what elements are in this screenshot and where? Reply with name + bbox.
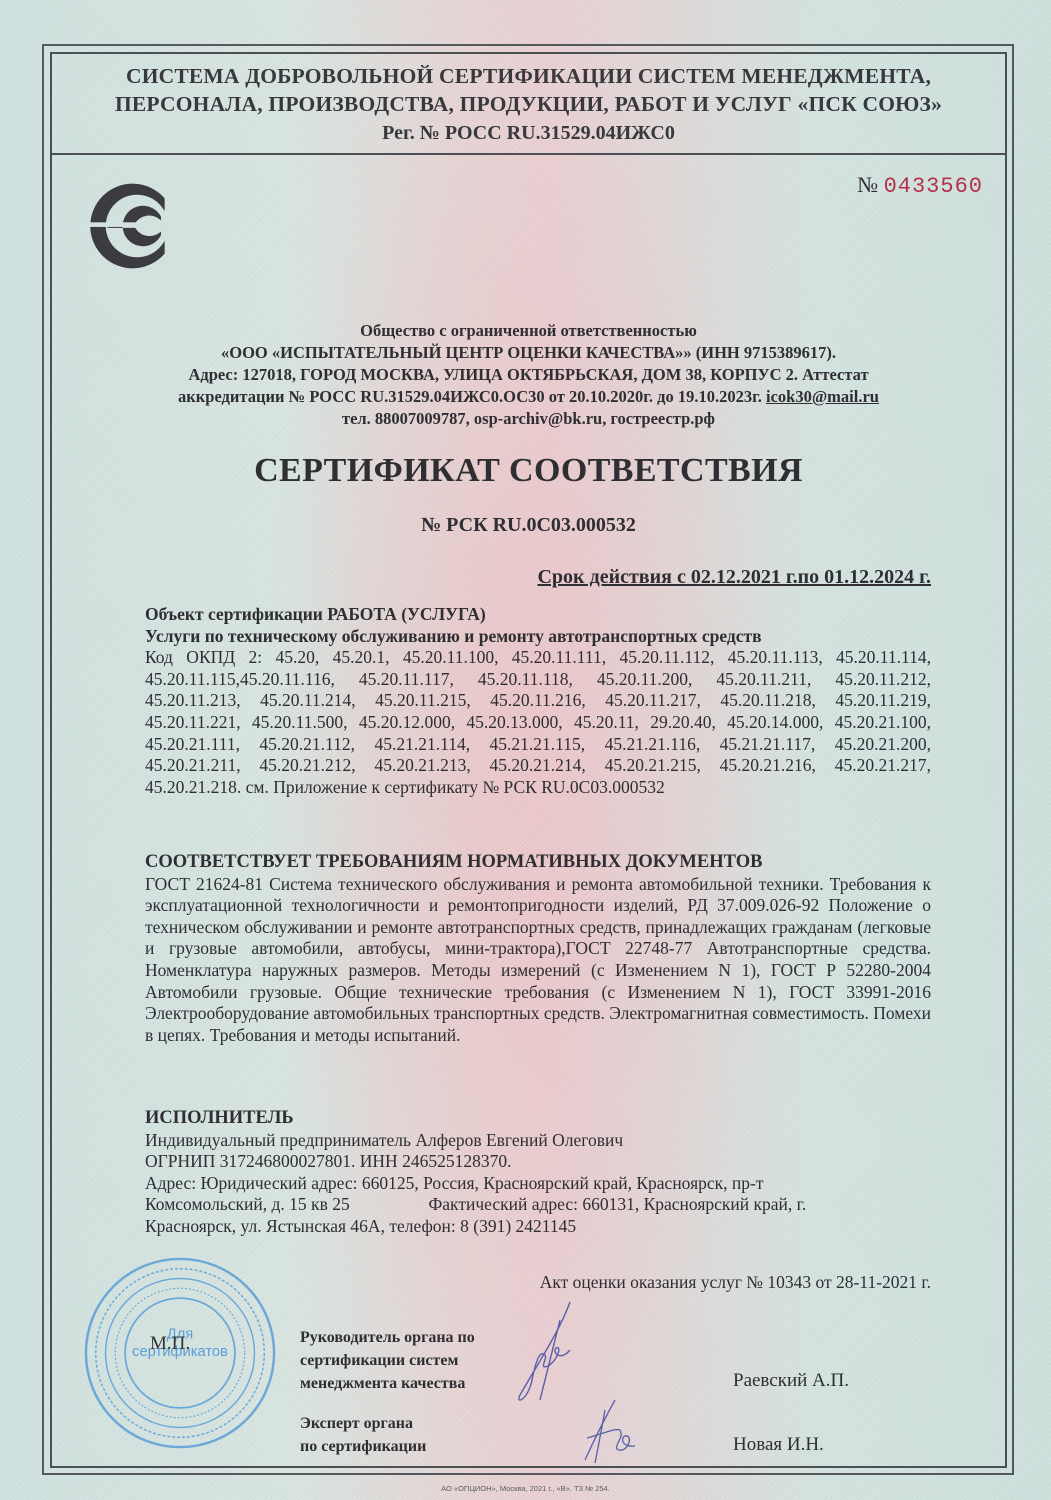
okpd-label: Код ОКПД 2: xyxy=(145,647,262,667)
executor-address-line-2: Комсомольский, д. 15 кв 25 Фактический а… xyxy=(145,1194,931,1216)
signatory-2-name: Новая И.Н. xyxy=(733,1434,824,1456)
accreditation-text: аккредитации № РОСС RU.31529.04ИЖС0.ОС30… xyxy=(178,387,762,406)
okpd-codes: Код ОКПД 2: 45.20, 45.20.1, 45.20.11.100… xyxy=(145,647,931,798)
org-contacts: тел. 88007009787, osp-archiv@bk.ru, гост… xyxy=(60,408,997,430)
object-heading: Объект сертификации РАБОТА (УСЛУГА) xyxy=(145,604,931,626)
signatory-1-role: Руководитель органа по сертификации сист… xyxy=(300,1326,475,1395)
system-title: СИСТЕМА ДОБРОВОЛЬНОЙ СЕРТИФИКАЦИИ СИСТЕМ… xyxy=(60,62,997,118)
executor-heading: ИСПОЛНИТЕЛЬ xyxy=(145,1108,931,1130)
validity-period: Срок действия с 02.12.2021 г.по 01.12.20… xyxy=(537,566,931,589)
header-divider xyxy=(50,153,1007,155)
executor-address-line-3: Красноярск, ул. Ястынская 46А, телефон: … xyxy=(145,1216,931,1238)
certificate-number: № РСК RU.0C03.000532 xyxy=(60,514,997,537)
role-line: Эксперт органа xyxy=(300,1412,426,1435)
stamp-place-label: М.П. xyxy=(150,1333,190,1355)
role-line: Руководитель органа по xyxy=(300,1326,475,1349)
executor-address-line-1: Адрес: Юридический адрес: 660125, Россия… xyxy=(145,1173,931,1195)
okpd-values: 45.20, 45.20.1, 45.20.11.100, 45.20.11.1… xyxy=(145,647,931,797)
executor-name: Индивидуальный предприниматель Алферов Е… xyxy=(145,1130,931,1152)
executor-section: ИСПОЛНИТЕЛЬ Индивидуальный предпринимате… xyxy=(145,1108,931,1238)
system-title-line-1: СИСТЕМА ДОБРОВОЛЬНОЙ СЕРТИФИКАЦИИ СИСТЕМ… xyxy=(60,62,997,90)
signatory-1-name: Раевский А.П. xyxy=(733,1370,849,1392)
evaluation-act: Акт оценки оказания услуг № 10343 от 28-… xyxy=(540,1272,931,1293)
org-name: «ООО «ИСПЫТАТЕЛЬНЫЙ ЦЕНТР ОЦЕНКИ КАЧЕСТВ… xyxy=(60,342,997,364)
org-accreditation: аккредитации № РОСС RU.31529.04ИЖС0.ОС30… xyxy=(60,386,997,408)
signature-1-icon xyxy=(500,1300,610,1410)
certification-body-info: Общество с ограниченной ответственностью… xyxy=(60,320,997,430)
signature-2-icon xyxy=(575,1398,645,1468)
requirements-section: СООТВЕТСТВУЕТ ТРЕБОВАНИЯМ НОРМАТИВНЫХ ДО… xyxy=(145,852,931,1046)
requirements-text: ГОСТ 21624-81 Система технического обслу… xyxy=(145,874,931,1047)
role-line: менеджмента качества xyxy=(300,1372,475,1395)
object-service: Услуги по техническому обслуживанию и ре… xyxy=(145,626,931,648)
printer-imprint: АО «ОПЦИОН», Москва, 2021 г., «В». ТЗ № … xyxy=(0,1484,1051,1493)
executor-registration: ОГРНИП 317246800027801. ИНН 246525128370… xyxy=(145,1151,931,1173)
org-type: Общество с ограниченной ответственностью xyxy=(60,320,997,342)
requirements-heading: СООТВЕТСТВУЕТ ТРЕБОВАНИЯМ НОРМАТИВНЫХ ДО… xyxy=(145,852,931,874)
serial-value: 0433560 xyxy=(884,174,983,199)
role-line: сертификации систем xyxy=(300,1349,475,1372)
role-line: по сертификации xyxy=(300,1435,426,1458)
serial-prefix: № xyxy=(857,172,878,197)
actual-address-start: Фактический адрес: 660131, Красноярский … xyxy=(428,1194,806,1214)
form-serial-number: № 0433560 xyxy=(857,172,983,199)
certificate-title: СЕРТИФИКАТ СООТВЕТСТВИЯ xyxy=(60,452,997,490)
org-email-link[interactable]: icok30@mail.ru xyxy=(766,387,879,406)
signatory-2-role: Эксперт органа по сертификации xyxy=(300,1412,426,1458)
org-address: Адрес: 127018, ГОРОД МОСКВА, УЛИЦА ОКТЯБ… xyxy=(60,364,997,386)
certification-object: Объект сертификации РАБОТА (УСЛУГА) Услу… xyxy=(145,604,931,798)
system-title-line-2: ПЕРСОНАЛА, ПРОИЗВОДСТВА, ПРОДУКЦИИ, РАБО… xyxy=(60,90,997,118)
legal-address-end: Комсомольский, д. 15 кв 25 xyxy=(145,1194,350,1214)
certification-system-logo-icon xyxy=(80,180,172,272)
registration-number: Рег. № РОСС RU.31529.04ИЖС0 xyxy=(60,122,997,145)
